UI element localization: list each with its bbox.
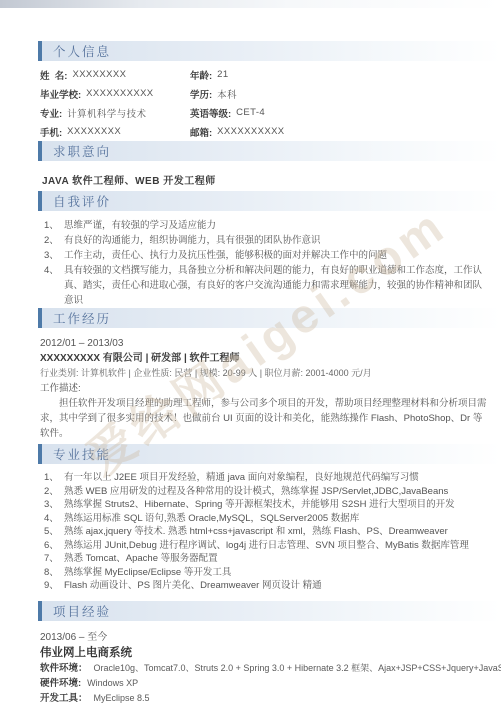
field-english-level: 英语等级: CET-4: [190, 106, 489, 120]
item-text: 有一年以上 J2EE 项目开发经验，精通 java 面向对象编程，良好地规范代码…: [64, 471, 487, 485]
list-item: 3、 熟练掌握 Struts2、Hibernate、Spring 等开源框架技术…: [44, 498, 487, 512]
project-row: 开发工具： MyEclipse 8.5: [40, 691, 489, 706]
item-number: 7、: [44, 552, 64, 566]
field-age: 年龄: 21: [190, 68, 489, 82]
item-text: 熟悉 WEB 应用研发的过程及各种常用的设计模式，熟练掌握 JSP/Servle…: [64, 485, 487, 499]
item-text: 思维严谨，有较强的学习及适应能力: [64, 218, 487, 233]
field-name: 姓 名: XXXXXXXX: [40, 68, 190, 82]
list-item: 4、 具有较强的文档撰写能力，具备独立分析和解决问题的能力，有良好的职业道德和工…: [44, 263, 487, 308]
work-company-line: XXXXXXXXX 有限公司 | 研发部 | 软件工程师: [40, 351, 489, 366]
section-title: 求职意向: [53, 142, 111, 160]
list-item: 7、 熟悉 Tomcat、Apache 等服务器配置: [44, 552, 487, 566]
section-header-skills: 专业技能: [38, 444, 501, 464]
section-title: 自我评价: [53, 192, 111, 210]
personal-row: 毕业学校: XXXXXXXXXX 学历: 本科: [40, 84, 489, 103]
list-item: 9、 Flash 动画设计、PS 图片美化、Dreamweaver 网页设计 精…: [44, 579, 487, 593]
item-text: 熟练掌握 Struts2、Hibernate、Spring 等开源框架技术，并能…: [64, 498, 487, 512]
item-text: 熟悉 Tomcat、Apache 等服务器配置: [64, 552, 487, 566]
section-header-personal-info: 个人信息: [38, 41, 501, 61]
field-email: 邮箱: XXXXXXXXXX: [190, 125, 489, 139]
field-value: XXXXXXXX: [67, 126, 121, 137]
section-header-self-evaluation: 自我评价: [38, 191, 501, 211]
project-period: 2013/06 – 至今: [40, 630, 489, 645]
list-item: 6、 熟练运用 JUnit,Debug 进行程序调试、log4j 进行日志管理、…: [44, 539, 487, 553]
section-title: 工作经历: [53, 309, 111, 327]
item-text: 有良好的沟通能力，组织协调能力，具有很强的团队协作意识: [64, 233, 487, 248]
job-objective-text: JAVA 软件工程师、WEB 开发工程师: [42, 172, 489, 186]
project-row-label: 硬件环境:: [40, 676, 81, 691]
item-number: 9、: [44, 579, 64, 593]
section-title: 专业技能: [53, 445, 111, 463]
list-item: 1、 有一年以上 J2EE 项目开发经验，精通 java 面向对象编程，良好地规…: [44, 471, 487, 485]
project-row: 硬件环境: Windows XP: [40, 676, 489, 691]
field-education: 学历: 本科: [190, 87, 489, 101]
item-number: 5、: [44, 525, 64, 539]
list-item: 2、 有良好的沟通能力，组织协调能力，具有很强的团队协作意识: [44, 233, 487, 248]
list-item: 1、 思维严谨，有较强的学习及适应能力: [44, 218, 487, 233]
item-number: 2、: [44, 485, 64, 499]
work-meta-line: 行业类别: 计算机软件 | 企业性质: 民营 | 规模: 20-99 人 | 职…: [40, 366, 489, 381]
list-item: 4、 熟练运用标准 SQL 语句,熟悉 Oracle,MySQL，SQLServ…: [44, 512, 487, 526]
field-label: 英语等级:: [190, 106, 231, 120]
personal-row: 专业: 计算机科学与技术 英语等级: CET-4: [40, 103, 489, 122]
personal-row: 姓 名: XXXXXXXX 年龄: 21: [40, 65, 489, 84]
field-value: 本科: [217, 87, 237, 101]
field-value: 计算机科学与技术: [67, 106, 146, 120]
field-phone: 手机: XXXXXXXX: [40, 125, 190, 139]
item-text: 熟练 ajax,jquery 等技术. 熟悉 html+css+javascri…: [64, 525, 487, 539]
field-value: XXXXXXXX: [72, 69, 126, 80]
list-item: 5、 熟练 ajax,jquery 等技术. 熟悉 html+css+javas…: [44, 525, 487, 539]
item-number: 3、: [44, 248, 64, 263]
page-top-edge-strip: [0, 0, 501, 8]
item-text: 熟练掌握 MyEclipse/Eclipse 等开发工具: [64, 566, 487, 580]
field-label: 姓 名:: [40, 68, 67, 82]
personal-info-grid: 姓 名: XXXXXXXX 年龄: 21 毕业学校: XXXXXXXXXX 学历…: [40, 65, 489, 141]
section-title: 项目经验: [53, 602, 111, 620]
work-description-label: 工作描述:: [40, 381, 489, 396]
work-experience-block: 2012/01 – 2013/03 XXXXXXXXX 有限公司 | 研发部 |…: [40, 336, 489, 441]
project-row-label: 开发工具：: [40, 691, 88, 706]
field-label: 专业:: [40, 106, 62, 120]
item-number: 1、: [44, 471, 64, 485]
work-description-text: 担任软件开发项目经理的助理工程师，参与公司多个项目的开发，帮助项目经理整理材料和…: [40, 396, 489, 441]
project-name: 伟业网上电商系统: [40, 645, 489, 661]
self-evaluation-list: 1、 思维严谨，有较强的学习及适应能力 2、 有良好的沟通能力，组织协调能力，具…: [44, 218, 487, 308]
item-text: 工作主动，责任心、执行力及抗压性强，能够积极的面对并解决工作中的问题: [64, 248, 487, 263]
list-item: 8、 熟练掌握 MyEclipse/Eclipse 等开发工具: [44, 566, 487, 580]
field-label: 毕业学校:: [40, 87, 81, 101]
item-number: 1、: [44, 218, 64, 233]
skills-list: 1、 有一年以上 J2EE 项目开发经验，精通 java 面向对象编程，良好地规…: [44, 471, 487, 593]
field-value: XXXXXXXXXX: [86, 88, 153, 99]
item-text: 熟练运用 JUnit,Debug 进行程序调试、log4j 进行日志管理、SVN…: [64, 539, 487, 553]
section-header-work-experience: 工作经历: [38, 308, 501, 328]
item-text: 熟练运用标准 SQL 语句,熟悉 Oracle,MySQL，SQLServer2…: [64, 512, 487, 526]
field-label: 学历:: [190, 87, 212, 101]
project-row-value: Windows XP: [87, 676, 138, 691]
field-label: 手机:: [40, 125, 62, 139]
item-number: 3、: [44, 498, 64, 512]
project-row-value: Oracle10g、Tomcat7.0、Struts 2.0 + Spring …: [94, 661, 501, 676]
personal-row: 手机: XXXXXXXX 邮箱: XXXXXXXXXX: [40, 122, 489, 141]
field-value: 21: [217, 69, 228, 80]
item-number: 4、: [44, 512, 64, 526]
field-label: 邮箱:: [190, 125, 212, 139]
list-item: 3、 工作主动，责任心、执行力及抗压性强，能够积极的面对并解决工作中的问题: [44, 248, 487, 263]
field-major: 专业: 计算机科学与技术: [40, 106, 190, 120]
list-item: 2、 熟悉 WEB 应用研发的过程及各种常用的设计模式，熟练掌握 JSP/Ser…: [44, 485, 487, 499]
field-school: 毕业学校: XXXXXXXXXX: [40, 87, 190, 101]
section-title: 个人信息: [53, 42, 111, 60]
item-number: 6、: [44, 539, 64, 553]
project-experience-block: 2013/06 – 至今 伟业网上电商系统 软件环境： Oracle10g、To…: [40, 630, 489, 706]
work-period: 2012/01 – 2013/03: [40, 336, 489, 351]
section-header-project-experience: 项目经验: [38, 601, 501, 621]
resume-document: 个人信息 姓 名: XXXXXXXX 年龄: 21 毕业学校: XXXXXXXX…: [0, 8, 501, 706]
item-number: 2、: [44, 233, 64, 248]
field-value: CET-4: [236, 107, 265, 118]
item-text: 具有较强的文档撰写能力，具备独立分析和解决问题的能力，有良好的职业道德和工作态度…: [64, 263, 487, 308]
field-label: 年龄:: [190, 68, 212, 82]
section-header-job-objective: 求职意向: [38, 141, 501, 161]
project-row-value: MyEclipse 8.5: [94, 691, 150, 706]
item-text: Flash 动画设计、PS 图片美化、Dreamweaver 网页设计 精通: [64, 579, 487, 593]
field-value: XXXXXXXXXX: [217, 126, 284, 137]
item-number: 8、: [44, 566, 64, 580]
project-row-label: 软件环境：: [40, 661, 88, 676]
item-number: 4、: [44, 263, 64, 308]
project-row: 软件环境： Oracle10g、Tomcat7.0、Struts 2.0 + S…: [40, 661, 489, 676]
